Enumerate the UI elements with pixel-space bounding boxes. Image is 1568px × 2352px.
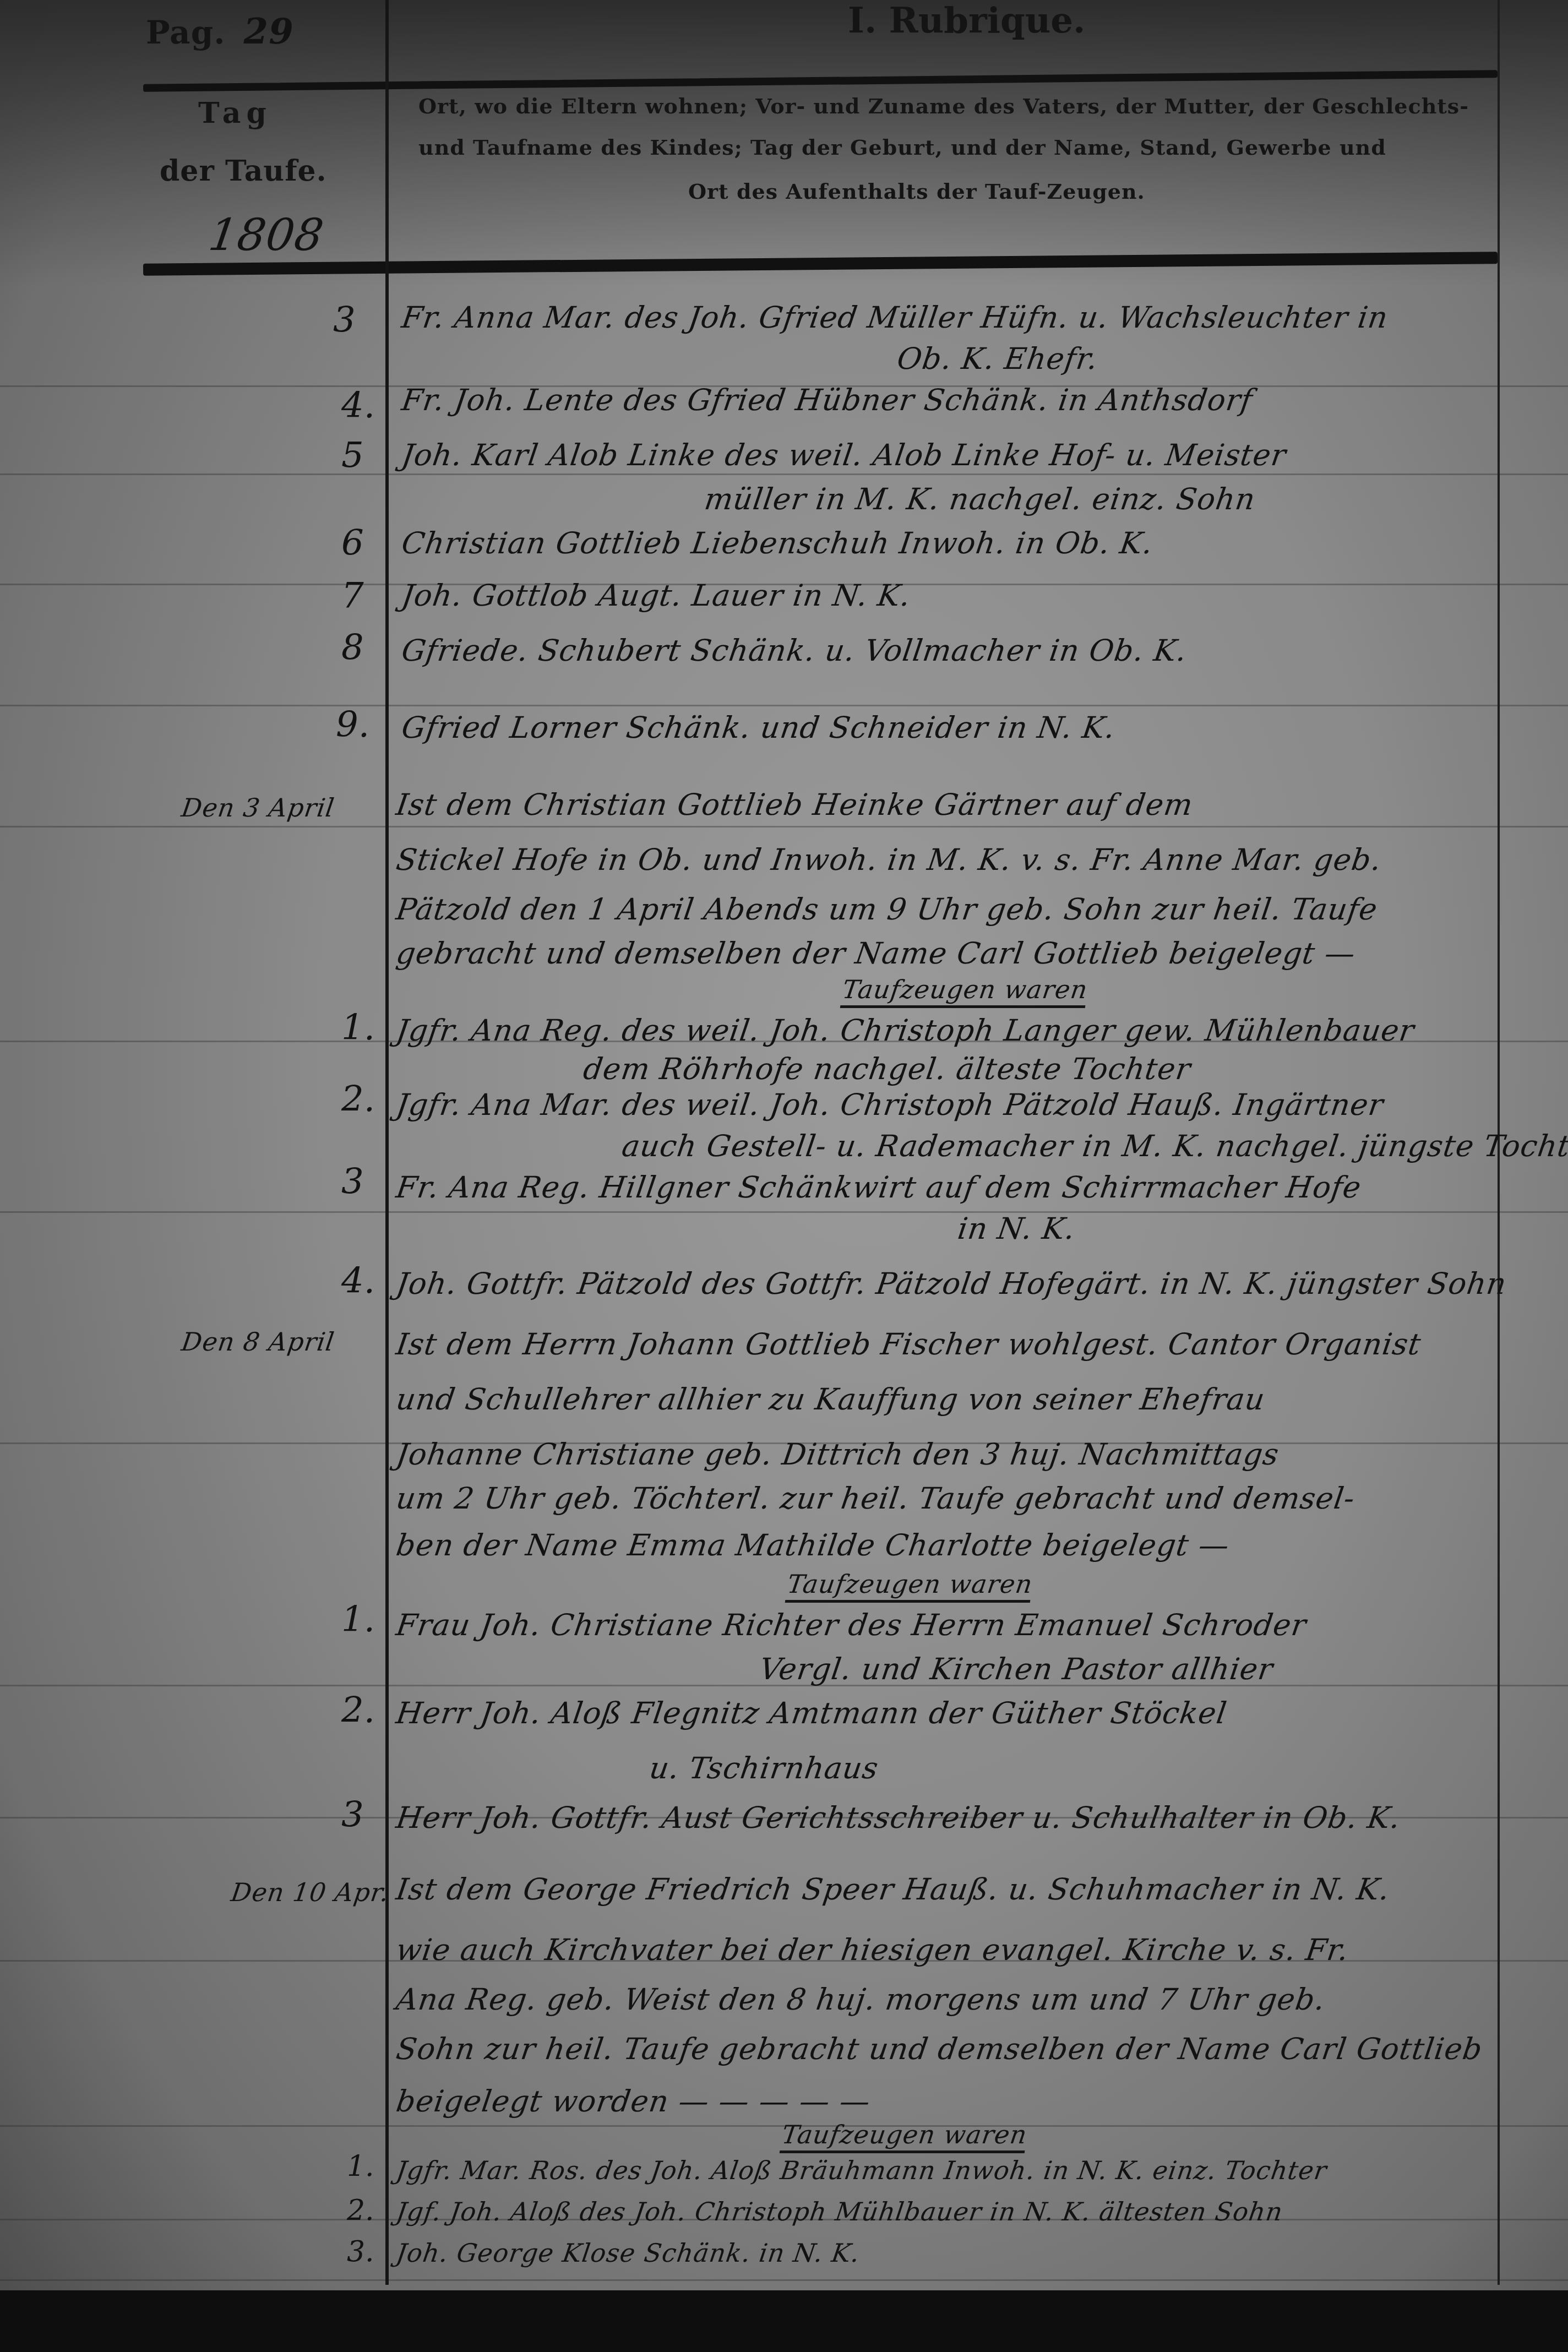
godparent-number: 1. (347, 2150, 374, 2183)
handwritten-line: Joh. Gottlob Augt. Lauer in N. K. (400, 578, 913, 613)
handwritten-line: Sohn zur heil. Taufe gebracht und demsel… (394, 2032, 1485, 2066)
godparent-number: 1. (341, 1599, 375, 1640)
register-page: Pag. 29 I. Rubrique. Tag der Taufe. 1808… (0, 0, 1568, 2352)
line-number: 6 (341, 523, 364, 564)
handwritten-line: gebracht und demselben der Name Carl Got… (394, 936, 1358, 971)
godparent-line: Herr Joh. Gottfr. Aust Gerichtsschreiber… (394, 1800, 1403, 1835)
page-number: 29 (244, 11, 294, 52)
handwritten-line: Ist dem Herrn Johann Gottlieb Fischer wo… (394, 1327, 1424, 1362)
baptism-date: Den 3 April (179, 793, 336, 823)
godparent-line: Joh. Gottfr. Pätzold des Gottfr. Pätzold… (394, 1266, 1509, 1301)
handwritten-line: Stickel Hofe in Ob. und Inwoh. in M. K. … (394, 842, 1384, 877)
godparent-line: Jgfr. Mar. Ros. des Joh. Aloß Bräuhmann … (394, 2155, 1329, 2185)
handwritten-line: wie auch Kirchvater bei der hiesigen eva… (394, 1932, 1351, 1967)
godparents-heading: Taufzeugen waren (780, 2120, 1029, 2153)
godparent-number: 4. (341, 1261, 375, 1302)
godparents-heading: Taufzeugen waren (840, 974, 1090, 1008)
line-number: 3 (333, 300, 356, 341)
handwritten-line: Ob. K. Ehefr. (895, 341, 1101, 376)
godparent-line: Herr Joh. Aloß Flegnitz Amtmann der Güth… (394, 1696, 1229, 1730)
handwritten-line: Gfried Lorner Schänk. und Schneider in N… (400, 710, 1118, 745)
godparent-number: 1. (341, 1008, 375, 1048)
godparents-heading: Taufzeugen waren (785, 1569, 1035, 1603)
ruled-line (0, 473, 1568, 475)
right-heading-line3: Ort des Aufenthalts der Tauf-Zeugen. (688, 179, 1145, 204)
line-number: 8 (341, 628, 364, 668)
handwritten-line: Ana Reg. geb. Weist den 8 huj. morgens u… (394, 1982, 1328, 2017)
year: 1808 (205, 209, 327, 260)
handwritten-line: Gfriede. Schubert Schänk. u. Vollmacher … (400, 633, 1189, 668)
godparent-line: Jgf. Joh. Aloß des Joh. Christoph Mühlba… (394, 2197, 1284, 2226)
right-heading-line1: Ort, wo die Eltern wohnen; Vor- und Zuna… (418, 94, 1469, 118)
godparent-line: Frau Joh. Christiane Richter des Herrn E… (394, 1608, 1309, 1642)
ruled-line (0, 705, 1568, 706)
line-number: 9. (336, 705, 369, 745)
handwritten-line: Christian Gottlieb Liebenschuh Inwoh. in… (400, 526, 1156, 560)
godparent-number: 3 (341, 1162, 364, 1202)
godparent-line-cont: Vergl. und Kirchen Pastor allhier (758, 1652, 1276, 1686)
page-label-text: Pag. (146, 14, 225, 51)
line-number: 4. (341, 385, 375, 426)
scan-shadow-bottom (0, 2290, 1568, 2352)
godparent-line-cont: u. Tschirnhaus (647, 1751, 881, 1785)
godparent-line-cont: auch Gestell- u. Rademacher in M. K. nac… (620, 1129, 1568, 1163)
column-divider (385, 0, 389, 2285)
ruled-line (0, 1211, 1568, 1213)
godparent-line: Jgfr. Ana Mar. des weil. Joh. Christoph … (394, 1087, 1386, 1122)
handwritten-line: Pätzold den 1 April Abends um 9 Uhr geb.… (394, 892, 1380, 927)
handwritten-line: Fr. Anna Mar. des Joh. Gfried Müller Hüf… (400, 300, 1391, 335)
godparent-number: 2. (341, 1690, 375, 1731)
godparent-number: 3. (347, 2235, 374, 2268)
line-number: 5 (341, 435, 364, 476)
baptism-date: Den 8 April (179, 1327, 336, 1357)
right-heading-line2: und Taufname des Kindes; Tag der Geburt,… (418, 135, 1386, 160)
handwritten-line: Johanne Christiane geb. Dittrich den 3 h… (394, 1437, 1282, 1472)
godparent-line-cont: dem Röhrhofe nachgel. älteste Tochter (581, 1052, 1194, 1086)
handwritten-line: beigelegt worden — — — — — (394, 2084, 873, 2119)
left-heading-line2: der Taufe. (160, 154, 327, 188)
godparent-number: 3 (341, 1795, 364, 1836)
handwritten-line: um 2 Uhr geb. Töchterl. zur heil. Taufe … (394, 1481, 1358, 1516)
line-number: 7 (341, 575, 364, 616)
godparent-number: 2. (347, 2194, 374, 2227)
godparent-line: Joh. George Klose Schänk. in N. K. (394, 2238, 862, 2268)
handwritten-line: Ist dem Christian Gottlieb Heinke Gärtne… (394, 787, 1195, 822)
godparent-line: Jgfr. Ana Reg. des weil. Joh. Christoph … (394, 1013, 1417, 1048)
handwritten-line: müller in M. K. nachgel. einz. Sohn (703, 482, 1258, 516)
baptism-date: Den 10 Apr. (229, 1877, 391, 1907)
godparent-line-cont: in N. K. (956, 1211, 1078, 1246)
rubric-title: I. Rubrique. (848, 0, 1085, 41)
handwritten-line: ben der Name Emma Mathilde Charlotte bei… (394, 1528, 1232, 1562)
handwritten-line: Joh. Karl Alob Linke des weil. Alob Link… (400, 438, 1289, 472)
handwritten-line: Fr. Joh. Lente des Gfried Hübner Schänk.… (400, 383, 1255, 417)
ruled-line (0, 2279, 1568, 2281)
handwritten-line: und Schullehrer allhier zu Kauffung von … (394, 1382, 1267, 1417)
godparent-number: 2. (341, 1079, 375, 1120)
page-label: Pag. 29 (146, 11, 294, 52)
ruled-line (0, 826, 1568, 827)
left-heading-line1: Tag (198, 96, 272, 130)
handwritten-line: Ist dem George Friedrich Speer Hauß. u. … (394, 1872, 1392, 1907)
godparent-line: Fr. Ana Reg. Hillgner Schänkwirt auf dem… (394, 1170, 1364, 1205)
